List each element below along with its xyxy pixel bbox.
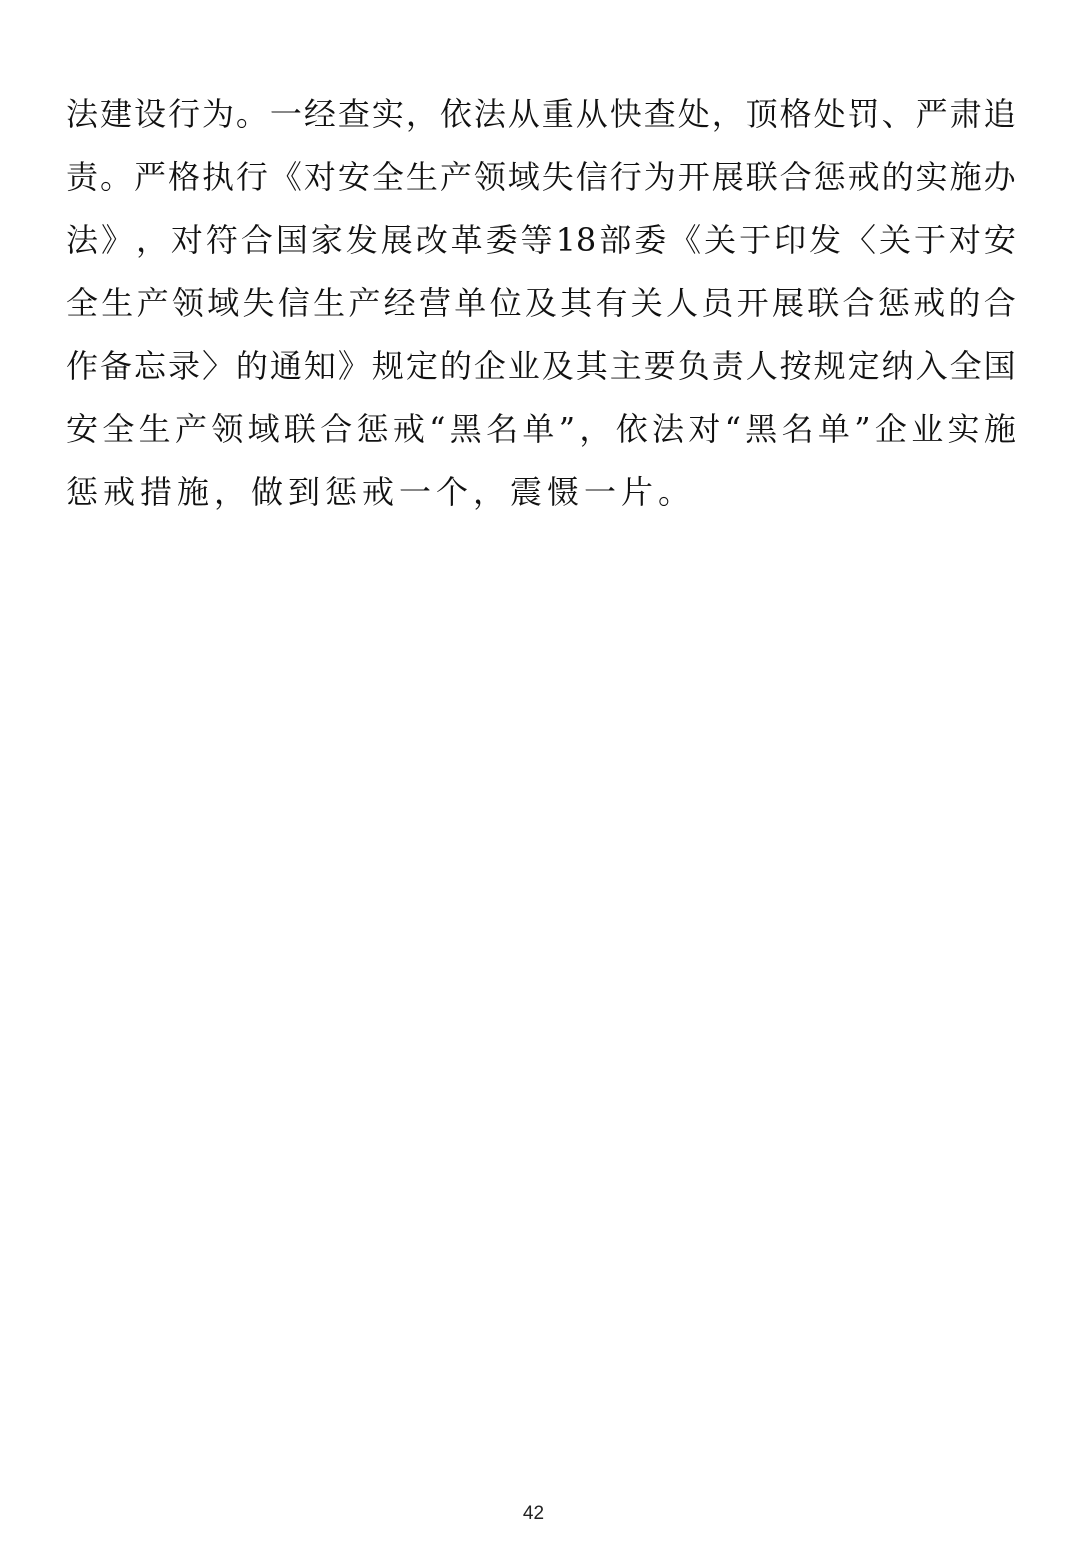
paragraph-line: 安全生产领域联合惩戒“黑名单”，依法对“黑名单”企业实施 xyxy=(66,403,1016,466)
paragraph-line: 法》，对符合国家发展改革委等18部委《关于印发〈关于对安 xyxy=(66,214,1016,277)
document-page: 法建设行为。一经查实，依法从重从快查处，顶格处罚、严肃追 责。严格执行《对安全生… xyxy=(0,0,1067,1541)
page-number: 42 xyxy=(0,1503,1067,1525)
paragraph-line-last: 惩戒措施，做到惩戒一个，震慑一片。 xyxy=(66,466,1016,529)
body-paragraph: 法建设行为。一经查实，依法从重从快查处，顶格处罚、严肃追 责。严格执行《对安全生… xyxy=(66,88,1016,529)
paragraph-line: 作备忘录〉的通知》规定的企业及其主要负责人按规定纳入全国 xyxy=(66,340,1016,403)
paragraph-line: 责。严格执行《对安全生产领域失信行为开展联合惩戒的实施办 xyxy=(66,151,1016,214)
paragraph-line: 法建设行为。一经查实，依法从重从快查处，顶格处罚、严肃追 xyxy=(66,88,1016,151)
paragraph-line: 全生产领域失信生产经营单位及其有关人员开展联合惩戒的合 xyxy=(66,277,1016,340)
